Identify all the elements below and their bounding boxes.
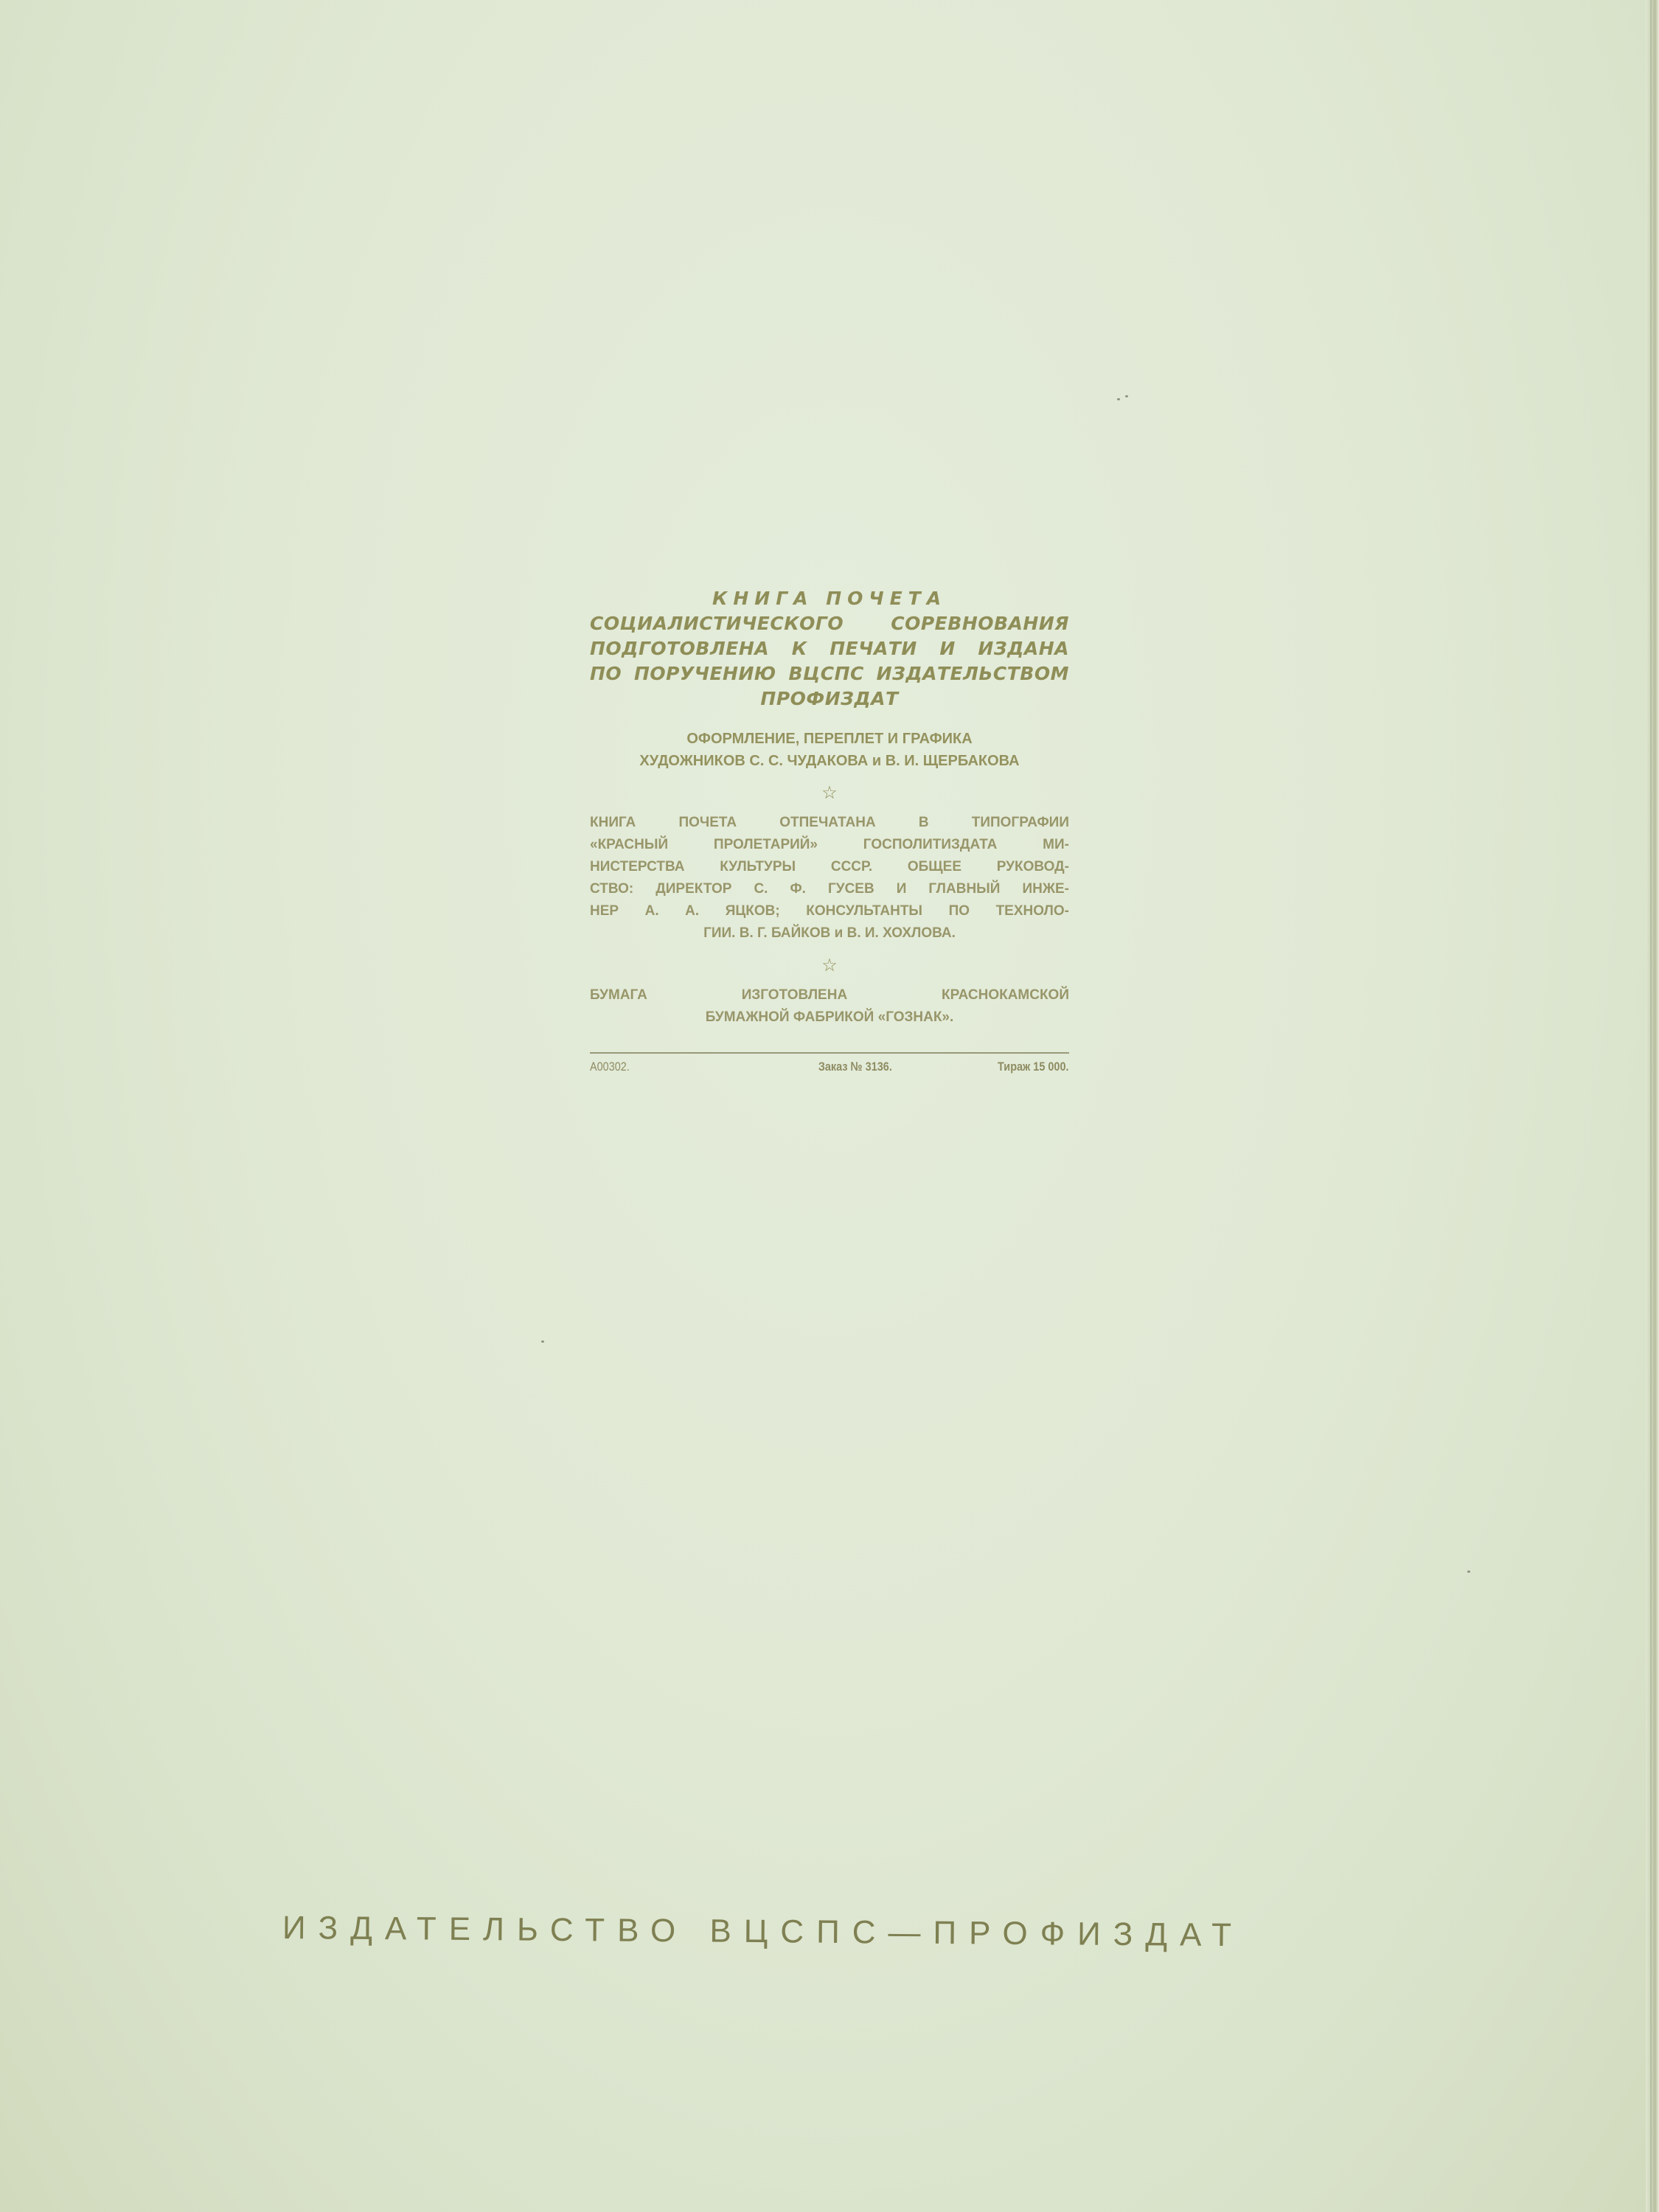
title-line: КНИГА ПОЧЕТА — [590, 586, 1069, 611]
print-line: ГИИ. В. Г. БАЙКОВ и В. И. ХОХЛОВА. — [590, 922, 1069, 945]
title-line: ПОДГОТОВЛЕНА К ПЕЧАТИ И ИЗДАНА — [590, 636, 1069, 661]
printing-credits: КНИГА ПОЧЕТА ОТПЕЧАТАНА В ТИПОГРАФИИ «КР… — [590, 812, 1069, 945]
order-number: Заказ № 3136. — [818, 1058, 892, 1076]
design-credits: ОФОРМЛЕНИЕ, ПЕРЕПЛЕТ И ГРАФИКА ХУДОЖНИКО… — [590, 728, 1069, 772]
paper-line: БУМАЖНОЙ ФАБРИКОЙ «ГОЗНАК». — [590, 1006, 1069, 1029]
print-line: НЕР А. А. ЯЦКОВ; КОНСУЛЬТАНТЫ ПО ТЕХНОЛО… — [590, 900, 1069, 922]
paper-credits: БУМАГА ИЗГОТОВЛЕНА КРАСНОКАМСКОЙ БУМАЖНО… — [590, 984, 1069, 1029]
print-run: Тираж 15 000. — [998, 1058, 1069, 1076]
design-line: ХУДОЖНИКОВ С. С. ЧУДАКОВА и В. И. ЩЕРБАК… — [590, 750, 1069, 772]
paper-speck — [1125, 395, 1128, 397]
title-line: ПО ПОРУЧЕНИЮ ВЦСПС ИЗДАТЕЛЬСТВОМ — [590, 661, 1069, 686]
paper-line: БУМАГА ИЗГОТОВЛЕНА КРАСНОКАМСКОЙ — [590, 984, 1069, 1006]
page-binding-line — [1650, 0, 1652, 2212]
publication-code: А00302. — [590, 1058, 630, 1076]
publisher-name: ИЗДАТЕЛЬСТВО ВЦСПС—ПРОФИЗДАТ — [282, 1906, 1366, 1959]
colophon: А00302. Заказ № 3136. Тираж 15 000. — [590, 1058, 1069, 1076]
imprint-title: КНИГА ПОЧЕТА СОЦИАЛИСТИЧЕСКОГО СОРЕВНОВА… — [590, 586, 1069, 712]
page-edge — [1646, 0, 1659, 2212]
imprint-block: КНИГА ПОЧЕТА СОЦИАЛИСТИЧЕСКОГО СОРЕВНОВА… — [590, 586, 1069, 1076]
star-icon: ☆ — [590, 955, 1069, 977]
print-line: СТВО: ДИРЕКТОР С. Ф. ГУСЕВ И ГЛАВНЫЙ ИНЖ… — [590, 878, 1069, 900]
design-line: ОФОРМЛЕНИЕ, ПЕРЕПЛЕТ И ГРАФИКА — [590, 728, 1069, 750]
colophon-rule — [590, 1052, 1069, 1054]
print-line: КНИГА ПОЧЕТА ОТПЕЧАТАНА В ТИПОГРАФИИ — [590, 812, 1069, 834]
title-line: ПРОФИЗДАТ — [590, 686, 1069, 712]
paper-speck — [1467, 1571, 1470, 1573]
print-line: «КРАСНЫЙ ПРОЛЕТАРИЙ» ГОСПОЛИТИЗДАТА МИ- — [590, 834, 1069, 856]
star-icon: ☆ — [590, 782, 1069, 804]
title-line: СОЦИАЛИСТИЧЕСКОГО СОРЕВНОВАНИЯ — [590, 611, 1069, 636]
paper-speck — [541, 1340, 544, 1343]
paper-speck — [1117, 398, 1120, 400]
print-line: НИСТЕРСТВА КУЛЬТУРЫ СССР. ОБЩЕЕ РУКОВОД- — [590, 856, 1069, 878]
